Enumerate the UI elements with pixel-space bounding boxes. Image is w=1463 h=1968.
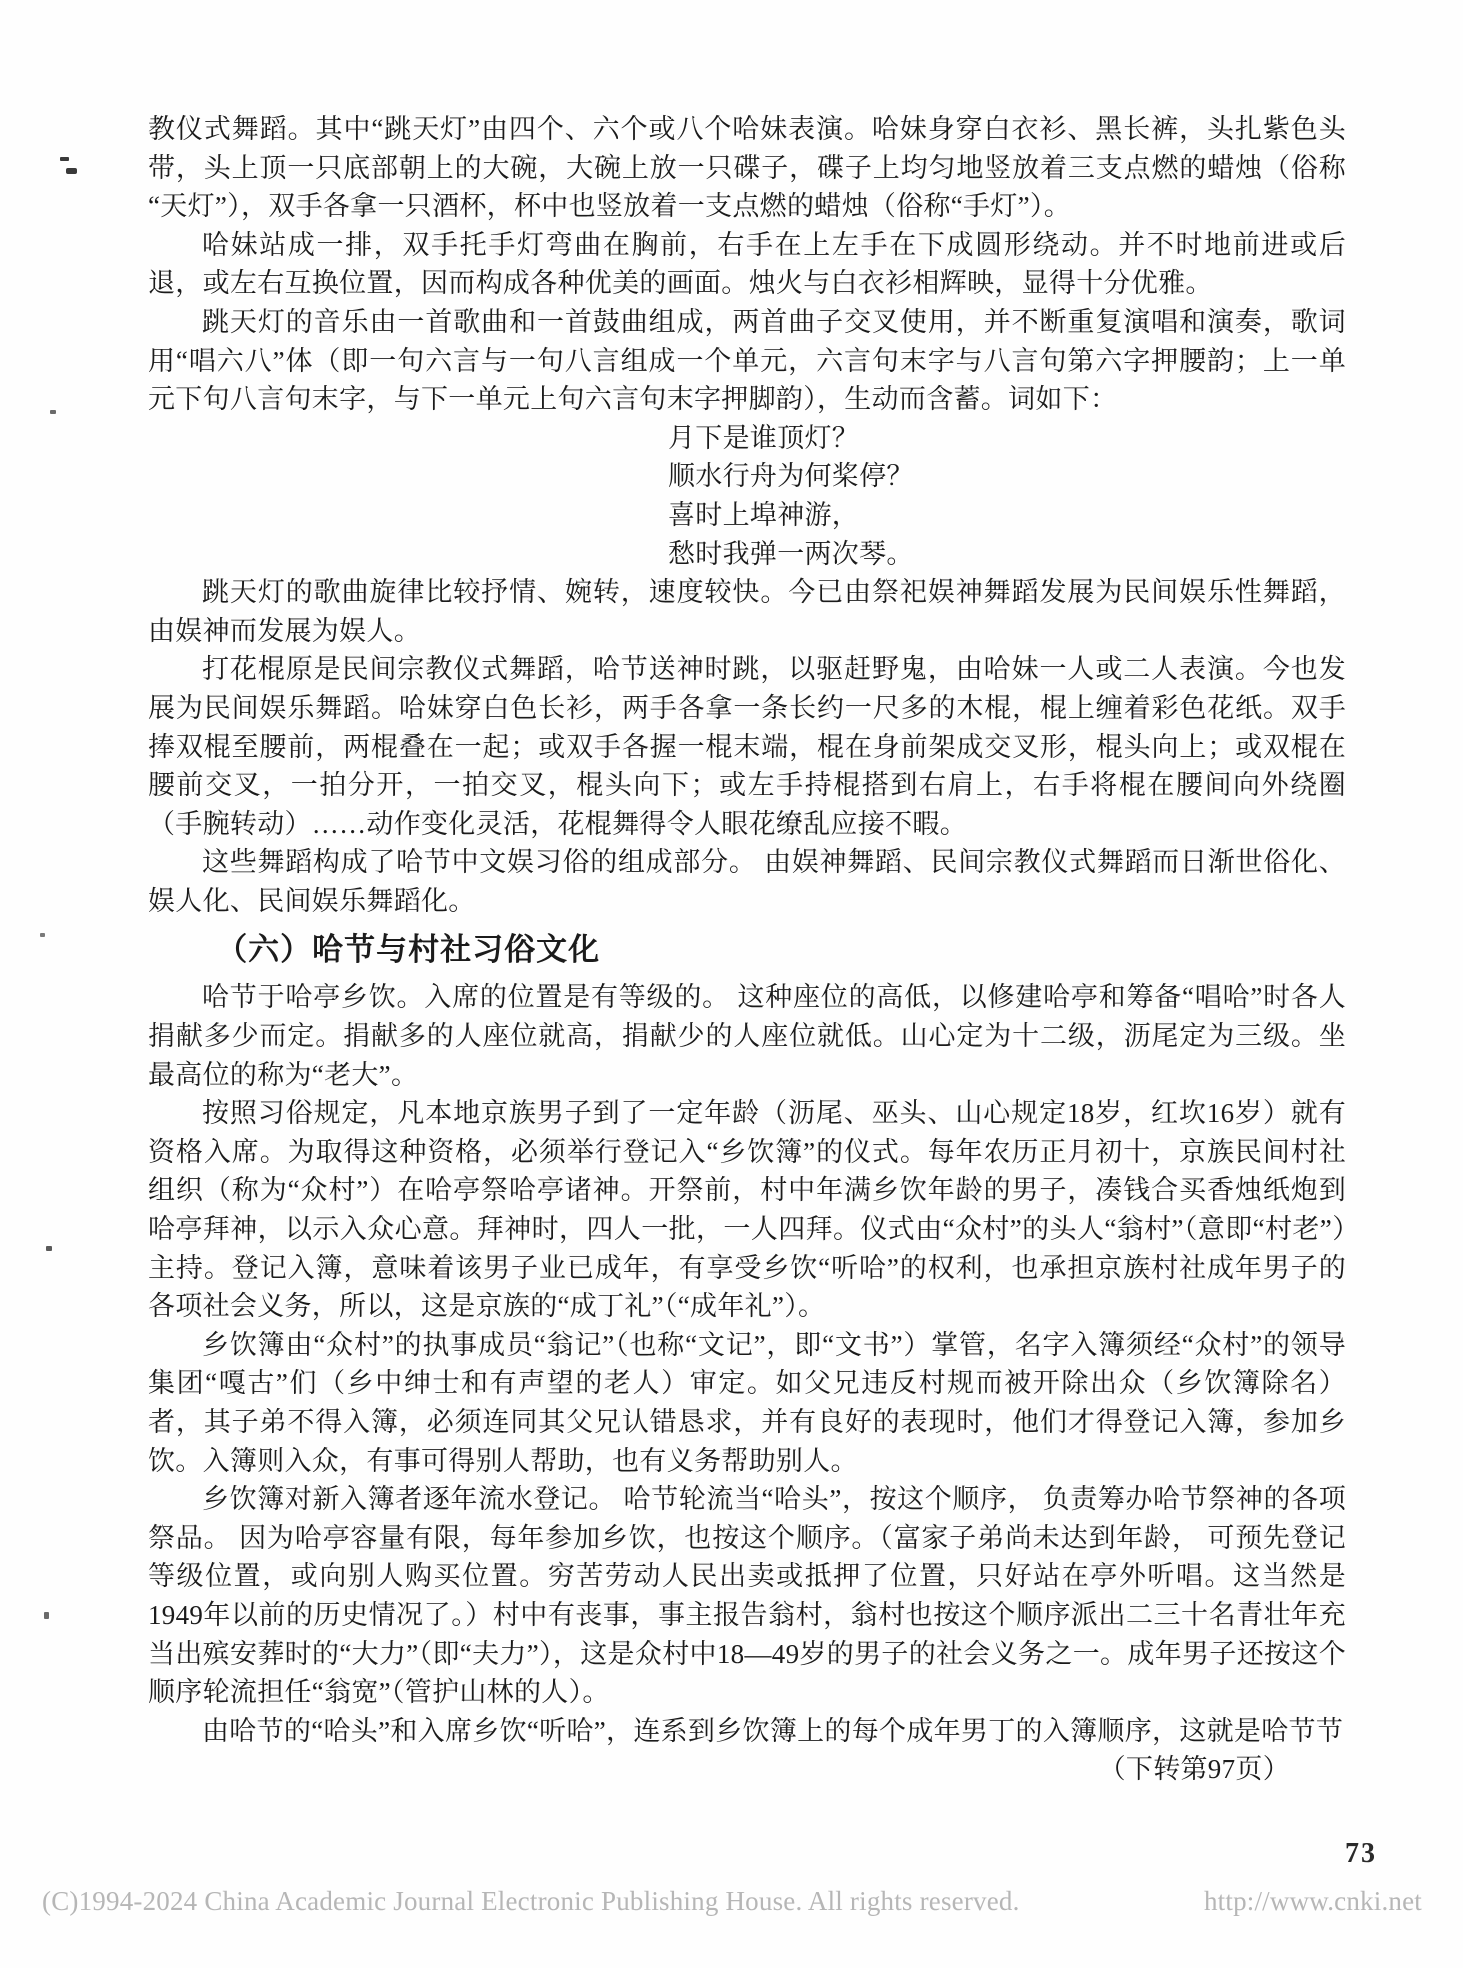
paragraph-annual-registration: 乡饮簿对新入簿者逐年流水登记。 哈节轮流当“哈头”，按这个顺序， 负责筹办哈节祭… — [148, 1480, 1346, 1712]
cnki-url: http://www.cnki.net — [1204, 1886, 1422, 1917]
lyric-line: 月下是谁顶灯？ — [668, 419, 1346, 458]
scanned-journal-page: 教仪式舞蹈。其中“跳天灯”由四个、六个或八个哈妹表演。哈妹身穿白衣衫、黑长裤，头… — [0, 0, 1463, 1968]
paragraph-ha-mei-dance: 哈妹站成一排，双手托手灯弯曲在胸前，右手在上左手在下成圆形绕动。并不时地前进或后… — [148, 226, 1346, 303]
lyric-line: 喜时上埠神游， — [668, 496, 1346, 535]
paragraph-tiantiandeng-music: 跳天灯的音乐由一首歌曲和一首鼓曲组成，两首曲子交叉使用，并不断重复演唱和演奏，歌… — [148, 303, 1346, 419]
scan-speck — [40, 933, 45, 937]
paragraph-xiangyinbu-management: 乡饮簿由“众村”的执事成员“翁记”（也称“文记”，即“文书”）掌管，名字入簿须经… — [148, 1326, 1346, 1480]
scan-speck — [44, 1612, 49, 1619]
lyric-line: 愁时我弹一两次琴。 — [668, 535, 1346, 574]
paragraph-melody: 跳天灯的歌曲旋律比较抒情、婉转，速度较快。今已由祭祀娱神舞蹈发展为民间娱乐性舞蹈… — [148, 573, 1346, 650]
paragraph-seating-ranks: 哈节于哈亭乡饮。入席的位置是有等级的。 这种座位的高低，以修建哈亭和筹备“唱哈”… — [148, 978, 1346, 1094]
page-number: 73 — [1345, 1838, 1377, 1870]
paragraph-registration-custom: 按照习俗规定，凡本地京族男子到了一定年龄（沥尾、巫头、山心规定18岁，红坎16岁… — [148, 1094, 1346, 1326]
cnki-footer: (C)1994-2024 China Academic Journal Elec… — [42, 1886, 1422, 1917]
paragraph-continuation: 教仪式舞蹈。其中“跳天灯”由四个、六个或八个哈妹表演。哈妹身穿白衣衫、黑长裤，头… — [148, 110, 1346, 226]
scan-speck — [66, 168, 77, 174]
scan-speck — [60, 157, 69, 161]
paragraph-dance-summary: 这些舞蹈构成了哈节中文娱习俗的组成部分。 由娱神舞蹈、民间宗教仪式舞蹈而日渐世俗… — [148, 843, 1346, 920]
section-heading: （六）哈节与村社习俗文化 — [148, 930, 1346, 970]
paragraph-dahuagun: 打花棍原是民间宗教仪式舞蹈，哈节送神时跳，以驱赶野鬼，由哈妹一人或二人表演。今也… — [148, 650, 1346, 843]
copyright-text: (C)1994-2024 China Academic Journal Elec… — [42, 1886, 1020, 1917]
scan-speck — [50, 410, 56, 414]
continuation-note: （下转第97页） — [148, 1750, 1346, 1789]
article-body: 教仪式舞蹈。其中“跳天灯”由四个、六个或八个哈妹表演。哈妹身穿白衣衫、黑长裤，头… — [148, 110, 1346, 1789]
scan-speck — [46, 1246, 52, 1251]
lyric-line: 顺水行舟为何桨停？ — [668, 457, 1346, 496]
paragraph-closing: 由哈节的“哈头”和入席乡饮“听哈”，连系到乡饮簿上的每个成年男丁的入簿顺序，这就… — [148, 1712, 1346, 1751]
song-lyrics-block: 月下是谁顶灯？ 顺水行舟为何桨停？ 喜时上埠神游， 愁时我弹一两次琴。 — [668, 419, 1346, 573]
